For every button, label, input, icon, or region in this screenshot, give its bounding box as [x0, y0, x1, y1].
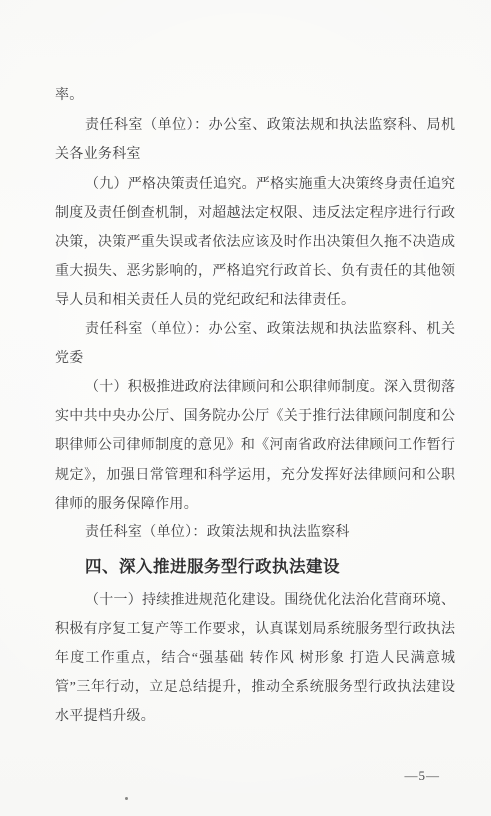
text-line: 水平提档升级。 — [55, 707, 455, 727]
document-page: 率。 责任科室（单位）：办公室、政策法规和执法监察科、局机 关各业务科室 （九）… — [0, 0, 491, 816]
text-line: （九）严格决策责任追究。严格实施重大决策终身责任追究 — [85, 175, 455, 195]
text-line: 制度及责任倒查机制，对超越法定权限、违反法定程序进行行政 — [55, 204, 455, 224]
text-line: 率。 — [55, 86, 455, 106]
section-heading: 四、深入推进服务型行政执法建设 — [85, 556, 455, 578]
text-line: 规定》，加强日常管理和科学运用，充分发挥好法律顾问和公职 — [55, 466, 455, 486]
text-line: 积极有序复工复产等工作要求，认真谋划局系统服务型行政执法 — [55, 620, 455, 640]
text-line: 实中共中央办公厅、国务院办公厅《关于推行法律顾问制度和公 — [55, 407, 455, 427]
text-line: 责任科室（单位）：办公室、政策法规和执法监察科、局机 — [85, 116, 455, 136]
text-line: 职律师公司律师制度的意见》和《河南省政府法律顾问工作暂行 — [55, 436, 455, 456]
text-line: （十）积极推进政府法律顾问和公职律师制度。深入贯彻落 — [85, 378, 455, 398]
text-line: 管”三年行动，立足总结提升，推动全系统服务型行政执法建设 — [55, 678, 455, 698]
text-line: 重大损失、恶劣影响的，严格追究行政首长、负有责任的其他领 — [55, 262, 455, 282]
text-line: 律师的服务保障作用。 — [55, 495, 455, 515]
page-number: —5— — [405, 768, 441, 784]
scan-speck — [125, 797, 128, 800]
text-line: 责任科室（单位）：办公室、政策法规和执法监察科、机关 — [85, 320, 455, 340]
text-line: 年度工作重点，结合“强基础 转作风 树形象 打造人民满意城 — [55, 649, 455, 669]
text-line: 责任科室（单位）：政策法规和执法监察科 — [85, 523, 455, 543]
text-line: 决策，决策严重失误或者依法应该及时作出决策但久拖不决造成 — [55, 233, 455, 253]
text-line: 关各业务科室 — [55, 145, 455, 165]
text-line: 导人员和相关责任人员的党纪政纪和法律责任。 — [55, 291, 455, 311]
text-line: 党委 — [55, 349, 455, 369]
text-line: （十一）持续推进规范化建设。围绕优化法治化营商环境、 — [85, 591, 455, 611]
